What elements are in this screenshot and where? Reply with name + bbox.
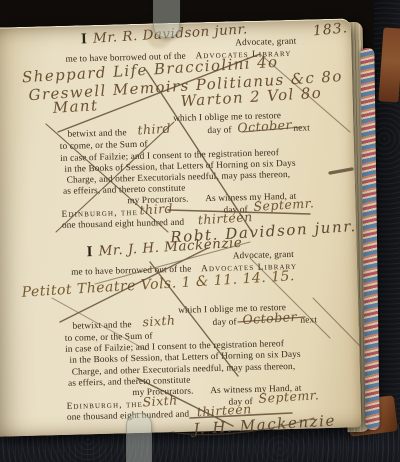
form-text-next: next (293, 124, 310, 134)
form-text-advocate: Advocate, grant (233, 251, 294, 262)
form-text-day-of: day of (212, 318, 236, 328)
page-tab-bottom (126, 413, 152, 462)
document-photo: 183. I Mr. R. Davidson junr. Advocate, g… (0, 0, 400, 462)
form-text-next: next (300, 316, 317, 326)
form-text-year: one thousand eight hundred and (62, 219, 185, 231)
signed-month: Septemr. (253, 197, 314, 213)
form-text-to-come: to come, or the Sum of (60, 141, 148, 153)
return-day: sixth (142, 314, 176, 328)
form-text-betwixt: betwixt and the (67, 129, 126, 140)
form-text-advocate: Advocate, grant (235, 38, 296, 49)
book-page: 183. I Mr. R. Davidson junr. Advocate, g… (0, 18, 361, 436)
signed-month: Septemr. (258, 389, 319, 405)
signed-day: third (139, 202, 173, 217)
return-month: October (242, 311, 297, 327)
form-text-betwixt: betwixt and the (72, 321, 131, 332)
form-initial: I (86, 245, 92, 260)
borrower-name: Mr. J. H. Mackenzie (98, 237, 242, 259)
borrow-entry-2: I Mr. J. H. Mackenzie Advocate, grant me… (0, 234, 361, 436)
return-day: third (137, 122, 171, 137)
form-text-day-of: day of (207, 126, 231, 136)
form-initial: I (81, 32, 87, 47)
book-title-line: Mant (52, 98, 98, 116)
return-month: October (237, 119, 292, 135)
borrow-entry-1: I Mr. R. Davidson junr. Advocate, grant … (0, 23, 356, 242)
signed-day: Sixth (142, 394, 178, 409)
page-tab-top (153, 0, 180, 38)
